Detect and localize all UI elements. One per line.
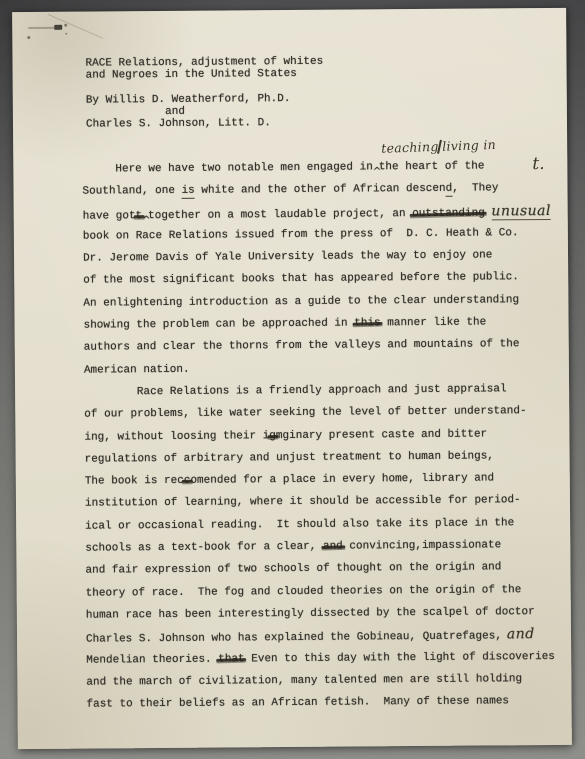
pencil-mark xyxy=(54,25,62,30)
handwritten-insertion: teachingliving in xyxy=(381,135,496,156)
typed-line: institution of learning, where it should… xyxy=(85,489,554,515)
typed-text: authors and clear the thorns from the va… xyxy=(84,339,520,354)
typed-text: fast to their beliefs as an African feti… xyxy=(87,695,510,710)
typed-text: ing, without loosing their i xyxy=(84,430,269,443)
typed-text: together on a most laudable project, an xyxy=(148,208,412,222)
insertion-caret: ^ xyxy=(373,161,379,183)
typed-text: manner like the xyxy=(381,317,487,330)
body-text: Here we have two notable men engaged in^… xyxy=(82,155,555,716)
handwritten-word: and xyxy=(502,626,535,642)
typed-text: , They xyxy=(452,183,498,195)
typed-text: and fair expression of two schools of th… xyxy=(85,562,501,577)
typed-text: Here we have two notable men engaged in xyxy=(82,161,373,175)
handwritten-word: unusual xyxy=(491,203,551,220)
title-block: RACE Relations, adjustment of whitesand … xyxy=(85,56,323,132)
pencil-mark xyxy=(65,33,67,35)
typed-text: regulations of arbitrary and unjust trea… xyxy=(85,450,494,465)
typed-text: schools as a text-book for a clear, xyxy=(85,541,323,555)
typed-line: authors and clear the thorns from the va… xyxy=(84,333,553,359)
typed-text: Charles S. Johnson who has explained the… xyxy=(86,631,502,646)
typed-text: theory of race. The fog and clouded theo… xyxy=(86,584,522,599)
typed-text: of the most significant books that has a… xyxy=(83,272,519,287)
typed-text: omended for a place in every home, libra… xyxy=(190,473,494,487)
handwritten-word: living in xyxy=(442,137,496,154)
typed-text: the heart of the xyxy=(379,160,485,173)
typed-text: have got xyxy=(83,210,136,222)
typed-text: Dr. Jerome Davis of Yale University lead… xyxy=(83,250,492,265)
typed-text: institution of learning, where it should… xyxy=(85,495,521,510)
typed-text: Even to this day with the light of disco… xyxy=(245,650,555,664)
typed-text: white and the other of African descen xyxy=(195,183,446,197)
typed-line: of our problems, like water seeking the … xyxy=(84,400,553,426)
typed-text: mginary present caste and bitter xyxy=(276,428,487,442)
title-line: and Negroes in the United States xyxy=(86,68,324,82)
document-page: RACE Relations, adjustment of whitesand … xyxy=(12,8,572,749)
insertion-caret: ^ xyxy=(142,210,148,232)
typed-text: Mendelian theories. xyxy=(86,653,218,666)
struck-out-text: this xyxy=(354,312,381,335)
typed-line: Southland, one is white and the other of… xyxy=(82,177,551,203)
typed-text: human race has been interestingly dissec… xyxy=(86,606,535,622)
struck-out-text: outstanding xyxy=(412,202,485,225)
typed-text: ical or occasional reading. It should al… xyxy=(85,517,514,532)
handwritten-word: teaching xyxy=(381,139,439,156)
scan-background: RACE Relations, adjustment of whitesand … xyxy=(0,0,585,759)
pencil-mark xyxy=(27,36,30,39)
struck-out-text: c xyxy=(184,470,191,492)
struck-out-text: that xyxy=(218,648,245,671)
typed-text: An enlightening introduction as a guide … xyxy=(83,294,519,309)
title-line: By Willis D. Weatherford, Ph.D. xyxy=(86,93,324,107)
struck-out-text: and xyxy=(323,536,343,558)
underlined-text: is xyxy=(182,185,195,199)
struck-out-text: g xyxy=(269,425,276,447)
typed-text: and the march of civilization, many tale… xyxy=(86,673,522,688)
typed-line: Charles S. Johnson who has explained the… xyxy=(86,623,555,649)
typed-text: convincing,impassionate xyxy=(343,539,502,552)
typed-text: American nation. xyxy=(84,363,190,376)
typed-text: The book is rec xyxy=(85,475,184,488)
title-line: Charles S. Johnson, Litt. D. xyxy=(86,117,324,131)
typed-line: have gott^together on a most laudable pr… xyxy=(83,200,552,226)
typed-text: Race Relations is a friendly approach an… xyxy=(84,383,507,398)
pencil-mark xyxy=(28,27,54,29)
typed-text: of our problems, like water seeking the … xyxy=(84,405,526,420)
pencil-mark xyxy=(64,24,67,27)
typed-line: and fair expression of two schools of th… xyxy=(85,556,554,582)
typed-text: Southland, one xyxy=(82,185,181,198)
typed-line: fast to their beliefs as an African feti… xyxy=(86,690,555,716)
typed-text: showing the problem can be approached in xyxy=(84,318,355,332)
